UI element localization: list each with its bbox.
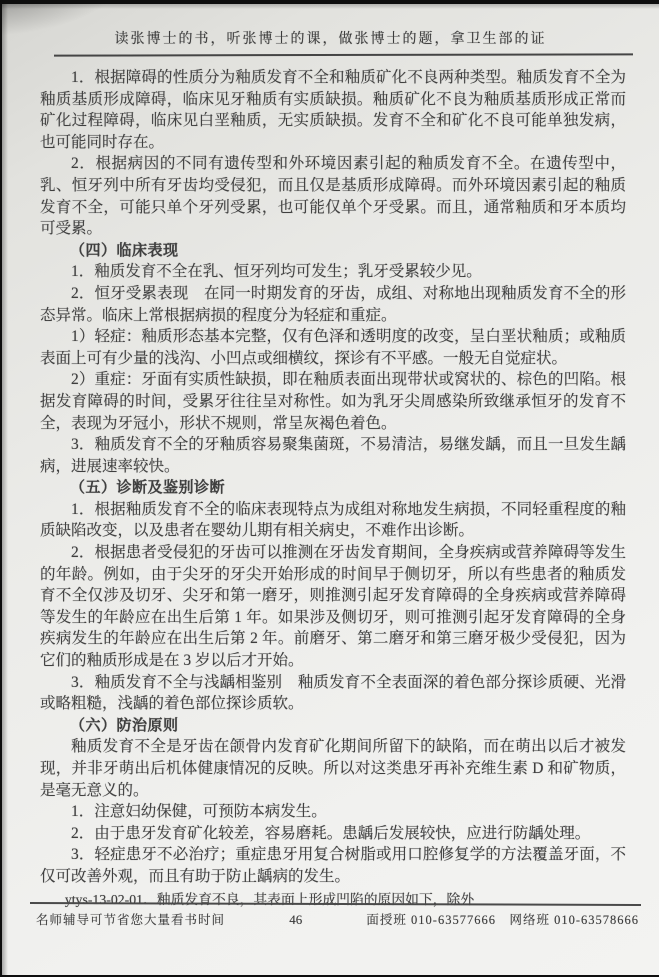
page-footer: 名师辅导可节省您大量看书时间 46 面授班 010-63577666 网络班 0… [36,910,639,928]
paragraph: 2．由于患牙发育矿化较差，容易磨耗。患龋后发展较快，应进行防龋处理。 [40,823,626,845]
paragraph: 釉质发育不全是牙齿在颌骨内发育矿化期间所留下的缺陷，而在萌出以后才被发现，并非牙… [40,736,626,801]
paragraph: 2）重症：牙面有实质性缺损，即在釉质表面出现带状或窝状的、棕色的凹陷。根据发育障… [40,369,626,434]
paragraph: 1．注意妇幼保健，可预防本病发生。 [40,801,626,823]
section-heading: （六）防治原则 [40,715,626,737]
scanned-page: 读张博士的书，听张博士的课，做张博士的题，拿卫生部的证 1．根据障碍的性质分为釉… [2,4,659,975]
footer-note: 名师辅导可节省您大量看书时间 [36,910,225,928]
header-slogan: 读张博士的书，听张博士的课，做张博士的题，拿卫生部的证 [2,28,659,48]
paragraph: 1．根据釉质发育不全的临床表现特点为成组对称地发生病损，不同轻重程度的釉质缺陷改… [40,499,626,542]
section-heading: （四）临床表现 [40,240,626,262]
paragraph: 1．釉质发育不全在乳、恒牙列均可发生；乳牙受累较少见。 [40,261,626,283]
paragraph: 3．轻症患牙不必治疗；重症患牙用复合树脂或用口腔修复学的方法覆盖牙面，不仅可改善… [40,844,626,887]
paragraph: 2．根据患者受侵犯的牙齿可以推测在牙齿发育期间，全身疾病或营养障碍等发生的年龄。… [40,542,626,672]
document-body: 1．根据障碍的性质分为釉质发育不全和釉质矿化不良两种类型。釉质发育不全为釉质基质… [40,67,626,910]
paragraph: 2．根据病因的不同有遗传型和外环境因素引起的釉质发育不全。在遗传型中，乳、恒牙列… [40,153,626,239]
paragraph: 3．釉质发育不全的牙釉质容易聚集菌斑，不易清洁，易继发龋，而且一旦发生龋病，进展… [40,434,626,477]
section-heading: （五）诊断及鉴别诊断 [40,477,626,499]
question-item: ytys-13-02-01．釉质发育不良，其表面上形成凹陷的原因如下，除外 [40,890,626,910]
scanned-book-page: { "header": { "slogan": "读张博士的书，听张博士的课，做… [0,0,659,977]
paragraph: 2．恒牙受累表现 在同一时期发育的牙齿，成组、对称地出现釉质发育不全的形态异常。… [40,283,626,326]
paragraph: 1．根据障碍的性质分为釉质发育不全和釉质矿化不良两种类型。釉质发育不全为釉质基质… [40,67,626,153]
header-divider [54,53,633,56]
footer-contacts: 面授班 010-63577666 网络班 010-63578666 [366,910,639,928]
paragraph: 3．釉质发育不全与浅龋相鉴别 釉质发育不全表面深的着色部分探诊质硬、光滑或略粗糙… [40,672,626,715]
page-number: 46 [289,912,302,928]
paragraph: 1）轻症：釉质形态基本完整，仅有色泽和透明度的改变，呈白垩状釉质；或釉质表面上可… [40,326,626,369]
